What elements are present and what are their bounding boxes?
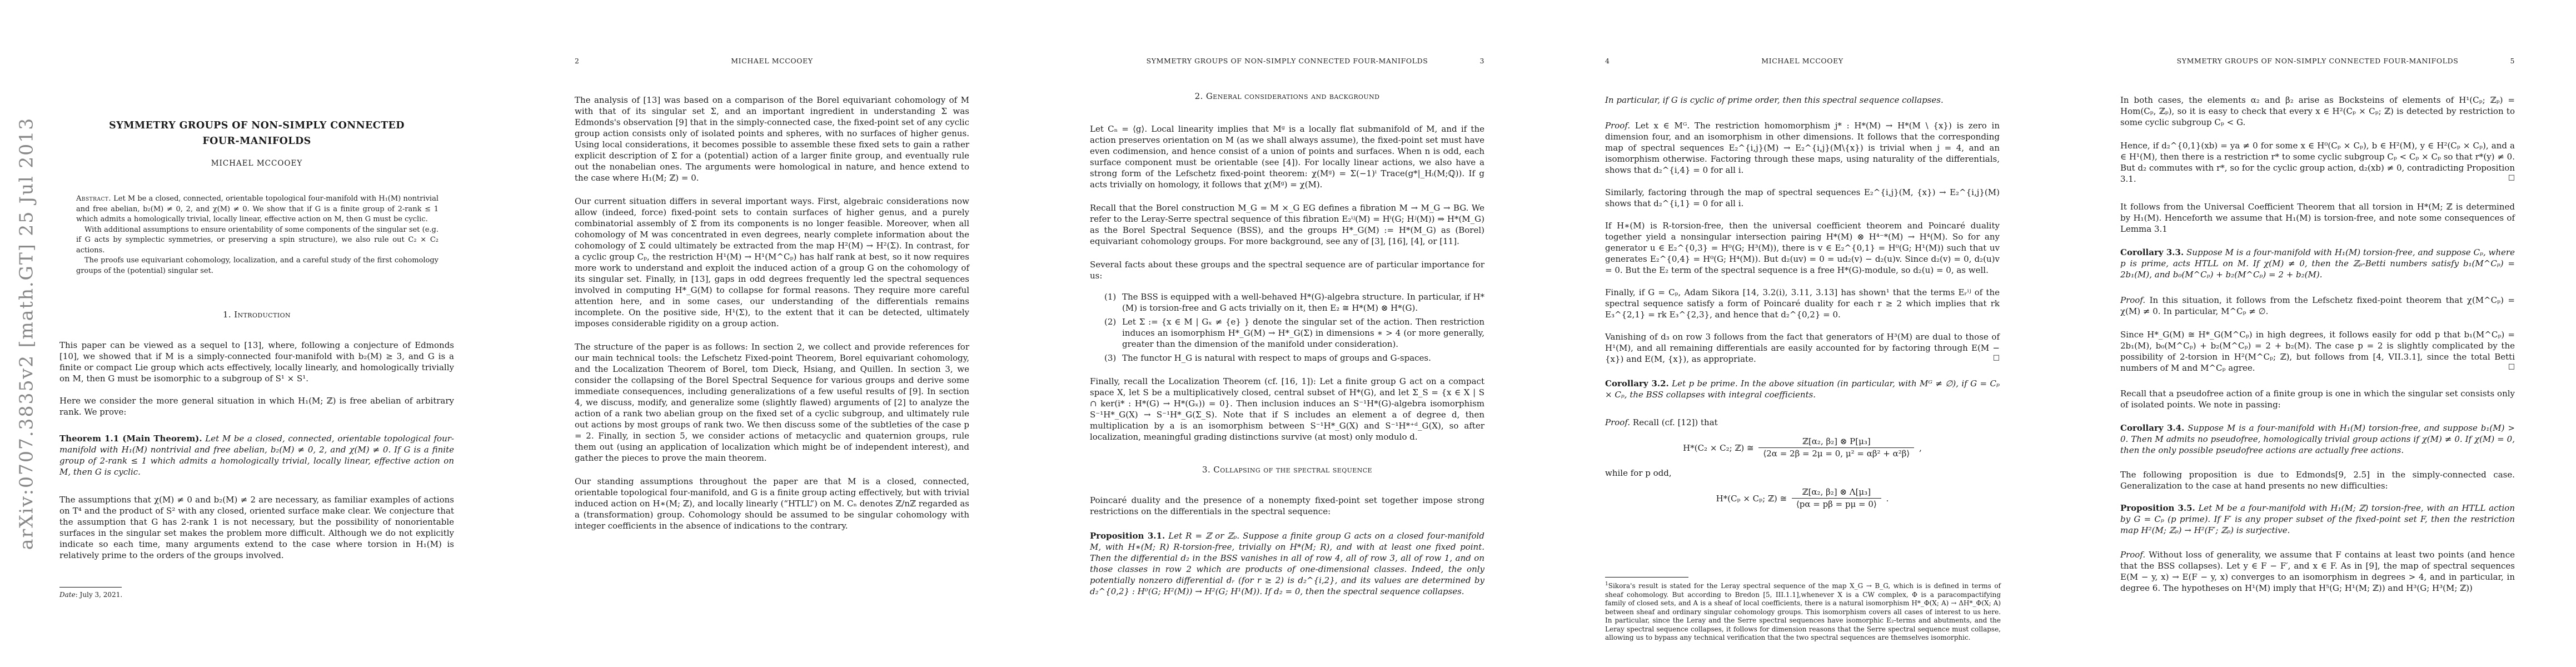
paragraph: Several facts about these groups and the… [1090, 259, 1484, 281]
paragraph: Our standing assumptions throughout the … [575, 476, 969, 531]
proposition-3-1: Proposition 3.1. Let R = ℤ or ℤₚ. Suppos… [1090, 530, 1484, 597]
proposition-continuation: In particular, if G is cyclic of prime o… [1605, 94, 2000, 106]
paragraph: Recall that the Borel construction M_G =… [1090, 202, 1484, 247]
date-footnote: Date: July 3, 2021. [59, 587, 454, 599]
page-number: 5 [2510, 57, 2515, 65]
theorem-label: Theorem 1.1 (Main Theorem). [59, 434, 202, 444]
date-label: Date [59, 591, 76, 599]
paragraph: Finally, if G = Cₚ, Adam Sikora [14, 3.2… [1605, 287, 2000, 320]
page-header: 2 MICHAEL MCCOOEY [575, 57, 969, 68]
corollary-3-2: Corollary 3.2. Let p be prime. In the ab… [1605, 378, 2000, 400]
running-head-author: MICHAEL MCCOOEY [1605, 57, 2000, 65]
proposition-label: Proposition 3.1. [1090, 531, 1165, 541]
page-3: SYMMETRY GROUPS OF NON-SIMPLY CONNECTED … [1030, 0, 1546, 667]
page-number: 2 [575, 57, 580, 65]
equation-punctuation: , [1919, 443, 1922, 453]
page-header: 4 MICHAEL MCCOOEY [1605, 57, 2000, 68]
section-heading-general-considerations: 2. General considerations and background [1090, 91, 1484, 101]
equation-fraction: ℤ[α₂, β₂] ⊗ Λ[μ₃] ⟨pα = pβ = pμ = 0⟩ [1792, 486, 1881, 510]
date-value: : July 3, 2021. [76, 591, 122, 599]
list-item: (1)The BSS is equipped with a well-behav… [1090, 291, 1484, 313]
page-header: SYMMETRY GROUPS OF NON-SIMPLY CONNECTED … [1090, 57, 1484, 68]
proposition-3-5: Proposition 3.5. Let M be a four-manifol… [2120, 502, 2515, 536]
page-5: SYMMETRY GROUPS OF NON-SIMPLY CONNECTED … [2061, 0, 2576, 667]
list-marker: (1) [1104, 291, 1116, 302]
qed-symbol: □ [1993, 352, 2000, 364]
page-number: 4 [1605, 57, 1610, 65]
paragraph: The analysis of [13] was based on a comp… [575, 94, 969, 183]
page-4: 4 MICHAEL MCCOOEY In particular, if G is… [1546, 0, 2061, 667]
section-heading-collapsing: 3. Collapsing of the spectral sequence [1090, 465, 1484, 475]
equation-punctuation: . [1886, 494, 1889, 504]
corollary-label: Corollary 3.3. [2120, 247, 2184, 257]
fraction-denominator: ⟨pα = pβ = pμ = 0⟩ [1792, 498, 1881, 510]
equation-fraction: ℤ[α₂, β₂] ⊗ P[μ₃] ⟨2α = 2β = 2μ = 0, μ² … [1758, 436, 1914, 460]
qed-symbol: □ [2508, 172, 2515, 183]
corollary-3-3: Corollary 3.3. Suppose M is a four-manif… [2120, 247, 2515, 280]
paper-title: SYMMETRY GROUPS OF NON-SIMPLY CONNECTED … [59, 118, 454, 149]
paragraph: This paper can be viewed as a sequel to … [59, 340, 454, 384]
proof-paragraph: Proof. Let x ∈ Mᴳ. The restriction homom… [1605, 120, 2000, 176]
proof-paragraph: Proof. In this situation, it follows fro… [2120, 295, 2515, 317]
paragraph: Hence, if d₂^{0,1}(xb) = ya ≠ 0 for some… [2120, 140, 2515, 185]
running-head-author: MICHAEL MCCOOEY [575, 57, 969, 65]
paper-spread: arXiv:0707.3835v2 [math.GT] 25 Jul 2013 … [0, 0, 2576, 667]
paragraph: Finally, recall the Localization Theorem… [1090, 376, 1484, 442]
displayed-equation-2: H*(Cₚ × Cₚ; ℤ) ≅ ℤ[α₂, β₂] ⊗ Λ[μ₃] ⟨pα =… [1605, 486, 2000, 510]
corollary-label: Corollary 3.4. [2120, 423, 2184, 433]
running-head-title: SYMMETRY GROUPS OF NON-SIMPLY CONNECTED … [2120, 57, 2515, 65]
footnote: 1Sikora's result is stated for the Leray… [1605, 577, 2001, 643]
page-2: 2 MICHAEL MCCOOEY The analysis of [13] w… [515, 0, 1030, 667]
paragraph: while for p odd, [1605, 467, 2000, 479]
paper-author: MICHAEL MCCOOEY [59, 159, 454, 168]
proof-label: Proof. [2120, 295, 2145, 305]
abstract-paragraph: Abstract. Let M be a closed, connected, … [76, 194, 439, 225]
paragraph: Vanishing of d₃ on row 3 follows from th… [1605, 331, 2000, 365]
fraction-denominator: ⟨2α = 2β = 2μ = 0, μ² = αβ² + α²β⟩ [1758, 447, 1914, 460]
abstract: Abstract. Let M be a closed, connected, … [76, 194, 439, 276]
list-marker: (3) [1104, 352, 1116, 364]
paragraph: Our current situation differs in several… [575, 196, 969, 329]
proof-label: Proof. [1605, 121, 1630, 131]
paragraph: Let Cₙ = ⟨g⟩. Local linearity implies th… [1090, 123, 1484, 190]
paper-title-line1: SYMMETRY GROUPS OF NON-SIMPLY CONNECTED [59, 118, 454, 133]
paragraph: In both cases, the elements α₂ and β₂ ar… [2120, 94, 2515, 128]
paragraph: Here we consider the more general situat… [59, 395, 454, 417]
corollary-3-4: Corollary 3.4. Suppose M is a four-manif… [2120, 422, 2515, 456]
footnote-rule [1605, 577, 1688, 578]
theorem-1-1: Theorem 1.1 (Main Theorem). Let M be a c… [59, 433, 454, 477]
paper-title-line2: FOUR-MANIFOLDS [59, 133, 454, 149]
paragraph: Recall that a pseudofree action of a fin… [2120, 388, 2515, 410]
proposition-label: Proposition 3.5. [2120, 503, 2195, 513]
page-number: 3 [1479, 57, 1484, 65]
paragraph: If H∗(M) is R-torsion-free, then the uni… [1605, 220, 2000, 276]
paragraph: The structure of the paper is as follows… [575, 341, 969, 464]
paragraph: The assumptions that χ(M) ≠ 0 and b₂(M) … [59, 494, 454, 561]
corollary-label: Corollary 3.2. [1605, 379, 1669, 389]
fraction-numerator: ℤ[α₂, β₂] ⊗ P[μ₃] [1758, 436, 1914, 447]
paragraph: Since H*_G(M) ≅ H*_G(M^Cₚ) in high degre… [2120, 329, 2515, 374]
paragraph: The following proposition is due to Edmo… [2120, 469, 2515, 491]
paragraph: Poincaré duality and the presence of a n… [1090, 495, 1484, 517]
facts-list: (1)The BSS is equipped with a well-behav… [1090, 291, 1484, 364]
proof-paragraph: Proof. Recall (cf. [12]) that [1605, 417, 2000, 428]
footnote-rule [59, 587, 122, 588]
running-head-title: SYMMETRY GROUPS OF NON-SIMPLY CONNECTED … [1090, 57, 1484, 65]
abstract-paragraph: The proofs use equivariant cohomology, l… [76, 256, 439, 276]
abstract-label: Abstract. [76, 195, 111, 203]
list-item: (3)The functor H_G is natural with respe… [1090, 352, 1484, 364]
proof-paragraph: Proof. Without loss of generality, we as… [2120, 549, 2515, 594]
equation-lhs: H*(C₂ × C₂; ℤ) ≅ [1683, 443, 1753, 453]
footnote-text: Sikora's result is stated for the Leray … [1605, 582, 2001, 641]
paragraph: Similarly, factoring through the map of … [1605, 187, 2000, 209]
page-header: SYMMETRY GROUPS OF NON-SIMPLY CONNECTED … [2120, 57, 2515, 68]
equation-lhs: H*(Cₚ × Cₚ; ℤ) ≅ [1716, 494, 1787, 504]
proof-label: Proof. [1605, 417, 1630, 427]
paragraph: It follows from the Universal Coefficien… [2120, 201, 2515, 235]
arxiv-watermark: arXiv:0707.3835v2 [math.GT] 25 Jul 2013 [16, 117, 37, 550]
abstract-paragraph: With additional assumptions to ensure or… [76, 225, 439, 256]
page-1: arXiv:0707.3835v2 [math.GT] 25 Jul 2013 … [0, 0, 515, 667]
list-item: (2)Let Σ := {x ∈ M | Gₓ ≠ {e} } denote t… [1090, 316, 1484, 350]
proof-label: Proof. [2120, 550, 2145, 560]
fraction-numerator: ℤ[α₂, β₂] ⊗ Λ[μ₃] [1792, 486, 1881, 498]
list-marker: (2) [1104, 316, 1116, 327]
displayed-equation-1: H*(C₂ × C₂; ℤ) ≅ ℤ[α₂, β₂] ⊗ P[μ₃] ⟨2α =… [1605, 436, 2000, 460]
section-heading-introduction: 1. Introduction [59, 310, 454, 320]
qed-symbol: □ [2508, 361, 2515, 372]
